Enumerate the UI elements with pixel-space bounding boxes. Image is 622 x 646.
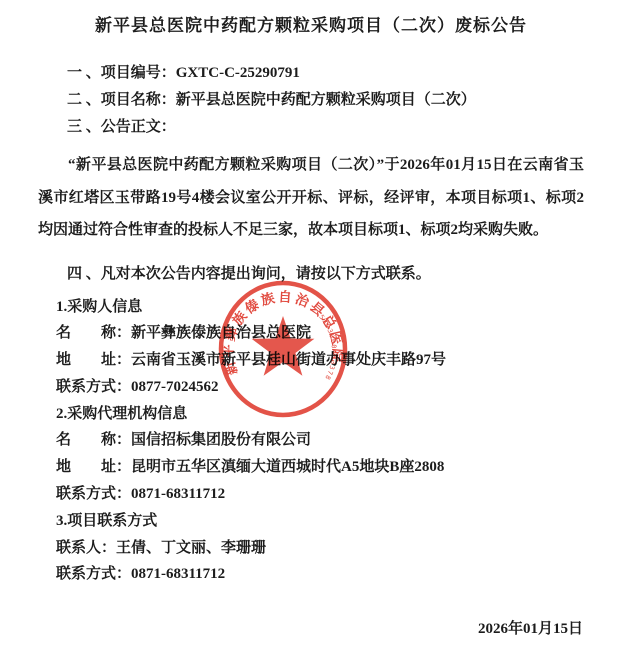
agency-name-label: 名 称： bbox=[56, 432, 131, 448]
purchaser-phone-line: 联系方式：0877-7024562 bbox=[56, 374, 584, 401]
agency-phone-value: 0871-68311712 bbox=[131, 486, 225, 502]
agency-info-heading: 2.采购代理机构信息 bbox=[56, 401, 584, 428]
agency-name-value: 国信招标集团股份有限公司 bbox=[131, 432, 311, 448]
contact-intro-line: 四 、凡对本次公告内容提出询问，请按以下方式联系。 bbox=[67, 261, 584, 288]
announcement-body-paragraph: “新平县总医院中药配方颗粒采购项目（二次）”于2026年01月15日在云南省玉溪… bbox=[38, 149, 584, 247]
project-contact-phone-label: 联系方式： bbox=[56, 566, 131, 582]
project-contact-persons-label: 联系人： bbox=[56, 540, 116, 556]
agency-phone-label: 联系方式： bbox=[56, 486, 131, 502]
project-contact-phone-line: 联系方式：0871-68311712 bbox=[56, 561, 584, 588]
project-number-line: 一 、项目编号：GXTC-C-25290791 bbox=[67, 60, 584, 87]
purchaser-address-label: 地 址： bbox=[56, 352, 131, 368]
purchaser-name-label: 名 称： bbox=[56, 325, 131, 341]
project-contact-persons-line: 联系人：王倩、丁文丽、李珊珊 bbox=[56, 535, 584, 562]
announcement-body-heading: 三 、公告正文： bbox=[67, 114, 584, 141]
project-contact-heading: 3.项目联系方式 bbox=[56, 508, 584, 535]
purchaser-phone-value: 0877-7024562 bbox=[131, 379, 219, 395]
announcement-body-label: 三 、公告正文： bbox=[67, 119, 176, 135]
project-number-label: 一 、项目编号： bbox=[67, 65, 176, 81]
project-name-line: 二 、项目名称：新平县总医院中药配方颗粒采购项目（二次） bbox=[67, 87, 584, 114]
agency-phone-line: 联系方式：0871-68311712 bbox=[56, 481, 584, 508]
agency-address-label: 地 址： bbox=[56, 459, 131, 475]
project-contact-persons-value: 王倩、丁文丽、李珊珊 bbox=[116, 540, 266, 556]
contacts-block: 1.采购人信息 名 称：新平彝族傣族自治县总医院 地 址：云南省玉溪市新平县桂山… bbox=[56, 294, 584, 589]
project-name-value: 新平县总医院中药配方颗粒采购项目（二次） bbox=[176, 92, 476, 108]
purchaser-info-heading: 1.采购人信息 bbox=[56, 294, 584, 321]
agency-address-value: 昆明市五华区滇缅大道西城时代A5地块B座2808 bbox=[131, 459, 444, 475]
page-title: 新平县总医院中药配方颗粒采购项目（二次）废标公告 bbox=[38, 14, 584, 38]
purchaser-name-line: 名 称：新平彝族傣族自治县总医院 bbox=[56, 320, 584, 347]
agency-name-line: 名 称：国信招标集团股份有限公司 bbox=[56, 427, 584, 454]
agency-address-line: 地 址：昆明市五华区滇缅大道西城时代A5地块B座2808 bbox=[56, 454, 584, 481]
project-name-label: 二 、项目名称： bbox=[67, 92, 176, 108]
purchaser-name-value: 新平彝族傣族自治县总医院 bbox=[131, 325, 311, 341]
announcement-page: 新平县总医院中药配方颗粒采购项目（二次）废标公告 一 、项目编号：GXTC-C-… bbox=[0, 0, 622, 646]
announcement-date: 2026年01月15日 bbox=[478, 617, 583, 638]
purchaser-address-line: 地 址：云南省玉溪市新平县桂山街道办事处庆丰路97号 bbox=[56, 347, 584, 374]
purchaser-phone-label: 联系方式： bbox=[56, 379, 131, 395]
purchaser-address-value: 云南省玉溪市新平县桂山街道办事处庆丰路97号 bbox=[131, 352, 446, 368]
project-contact-phone-value: 0871-68311712 bbox=[131, 566, 225, 582]
project-number-value: GXTC-C-25290791 bbox=[176, 65, 300, 81]
